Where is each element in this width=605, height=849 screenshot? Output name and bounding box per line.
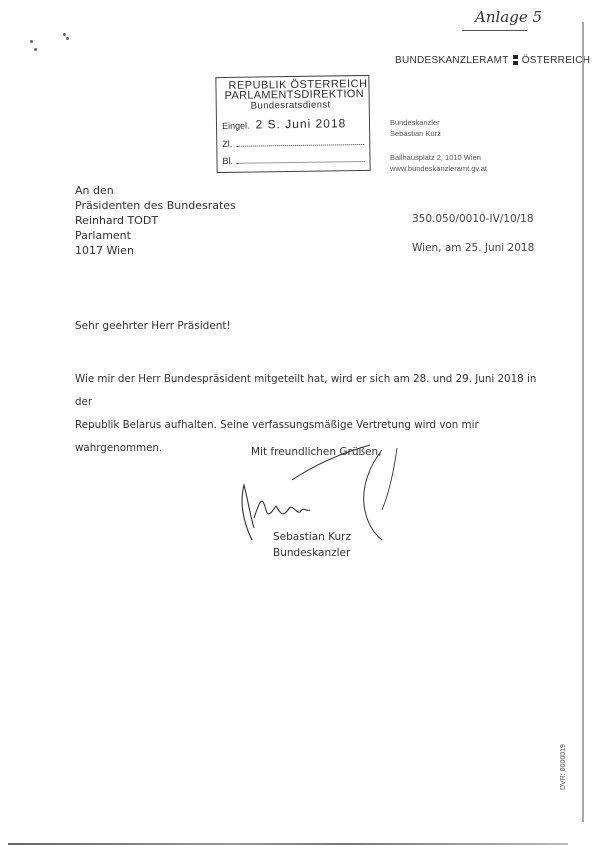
sender-block: Bundeskanzler Sebastian Kurz Ballhauspla…	[390, 117, 487, 174]
addressee-line: Parlament	[75, 228, 236, 243]
dvr-number: DVR: 0000019	[560, 744, 567, 790]
scan-speck	[66, 37, 69, 40]
place-date: Wien, am 25. Juni 2018	[412, 242, 534, 254]
addressee-block: An den Präsidenten des Bundesrates Reinh…	[75, 183, 236, 258]
scan-bottom-edge	[8, 843, 568, 845]
austrian-flag-icon	[513, 54, 518, 66]
body-line: Wie mir der Herr Bundespräsident mitgete…	[75, 368, 555, 414]
addressee-line: 1017 Wien	[75, 243, 236, 258]
stamp-received-label: Eingel.	[222, 121, 250, 131]
sender-name: Sebastian Kurz	[390, 128, 487, 139]
sender-title: Bundeskanzler	[390, 117, 487, 128]
sender-website: www.bundeskanzleramt.gv.at	[390, 163, 487, 174]
sender-address: Ballhausplatz 2, 1010 Wien	[390, 152, 487, 163]
stamp-bl-dots	[236, 153, 364, 164]
signatory-title: Bundeskanzler	[273, 545, 351, 561]
letterhead-left: BUNDESKANZLERAMT	[395, 55, 509, 66]
stamp-zl-row: Zl.	[222, 136, 364, 149]
scan-speck	[63, 33, 66, 36]
addressee-line: Präsidenten des Bundesrates	[75, 198, 236, 213]
stamp-line3: Bundesratsdienst	[251, 99, 331, 111]
scan-speck	[34, 48, 37, 51]
stamp-received-date: 2 S. Juni 2018	[255, 116, 346, 131]
stamp-received-row: Eingel. 2 S. Juni 2018	[222, 116, 364, 132]
scan-speck	[30, 40, 33, 43]
signatory-name: Sebastian Kurz	[273, 529, 351, 545]
scan-edge-line	[582, 22, 584, 822]
addressee-line: An den	[75, 183, 236, 198]
received-stamp: REPUBLIK ÖSTERREICH PARLAMENTSDIREKTION …	[215, 75, 370, 173]
annotation-underline	[462, 30, 527, 31]
stamp-bl-row: Bl.	[222, 153, 364, 166]
stamp-bl-label: Bl.	[222, 156, 236, 166]
stamp-zl-label: Zl.	[222, 139, 236, 149]
letterhead-right: ÖSTERREICH	[522, 55, 591, 66]
salutation: Sehr geehrter Herr Präsident!	[75, 320, 231, 332]
letterhead: BUNDESKANZLERAMT ÖSTERREICH	[395, 54, 590, 66]
addressee-line: Reinhard TODT	[75, 213, 236, 228]
handwritten-annotation: Anlage 5	[475, 8, 542, 26]
reference-number: 350.050/0010-IV/10/18	[412, 213, 534, 225]
signatory-block: Sebastian Kurz Bundeskanzler	[273, 529, 351, 561]
stamp-zl-dots	[236, 136, 364, 147]
